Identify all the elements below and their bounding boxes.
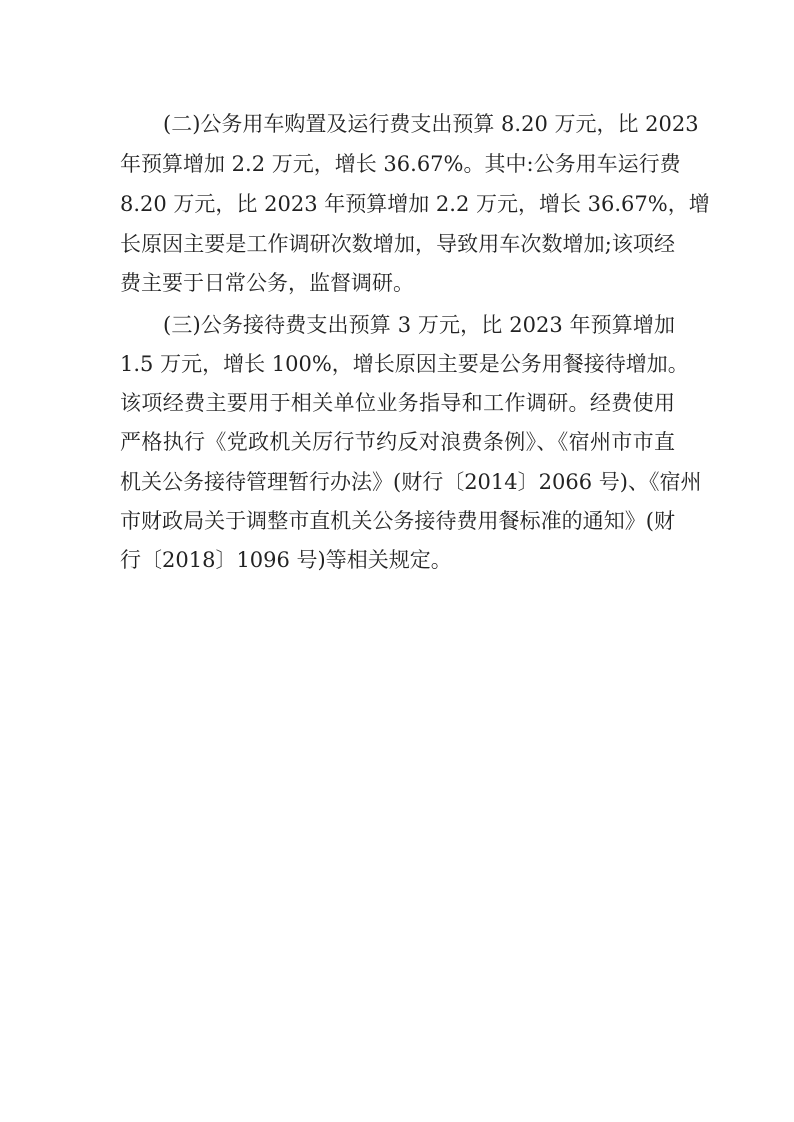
text-line: (三)公务接待费支出预算 3 万元，比 2023 年预算增加 bbox=[163, 305, 675, 345]
text-line: 长原因主要是工作调研次数增加，导致用车次数增加;该项经 bbox=[120, 224, 675, 264]
text-line: 年预算增加 2.2 万元，增长 36.67%。其中:公务用车运行费 bbox=[120, 144, 675, 184]
text-line: 1.5 万元，增长 100%，增长原因主要是公务用餐接待增加。 bbox=[120, 344, 675, 384]
text-line: 行〔2018〕1096 号)等相关规定。 bbox=[120, 540, 675, 580]
document-page: (二)公务用车购置及运行费支出预算 8.20 万元，比 2023 年预算增加 2… bbox=[0, 0, 794, 1122]
text-line: 机关公务接待管理暂行办法》(财行〔2014〕2066 号)、《宿州 bbox=[120, 462, 675, 502]
text-line: 费主要于日常公务，监督调研。 bbox=[120, 263, 675, 303]
text-line: 市财政局关于调整市直机关公务接待费用餐标准的通知》(财 bbox=[120, 501, 675, 541]
text-line: 8.20 万元，比 2023 年预算增加 2.2 万元，增长 36.67%，增 bbox=[120, 184, 675, 224]
text-line: 严格执行《党政机关厉行节约反对浪费条例》、《宿州市市直 bbox=[120, 422, 675, 462]
text-line: (二)公务用车购置及运行费支出预算 8.20 万元，比 2023 bbox=[163, 104, 675, 144]
text-line: 该项经费主要用于相关单位业务指导和工作调研。经费使用 bbox=[120, 383, 675, 423]
